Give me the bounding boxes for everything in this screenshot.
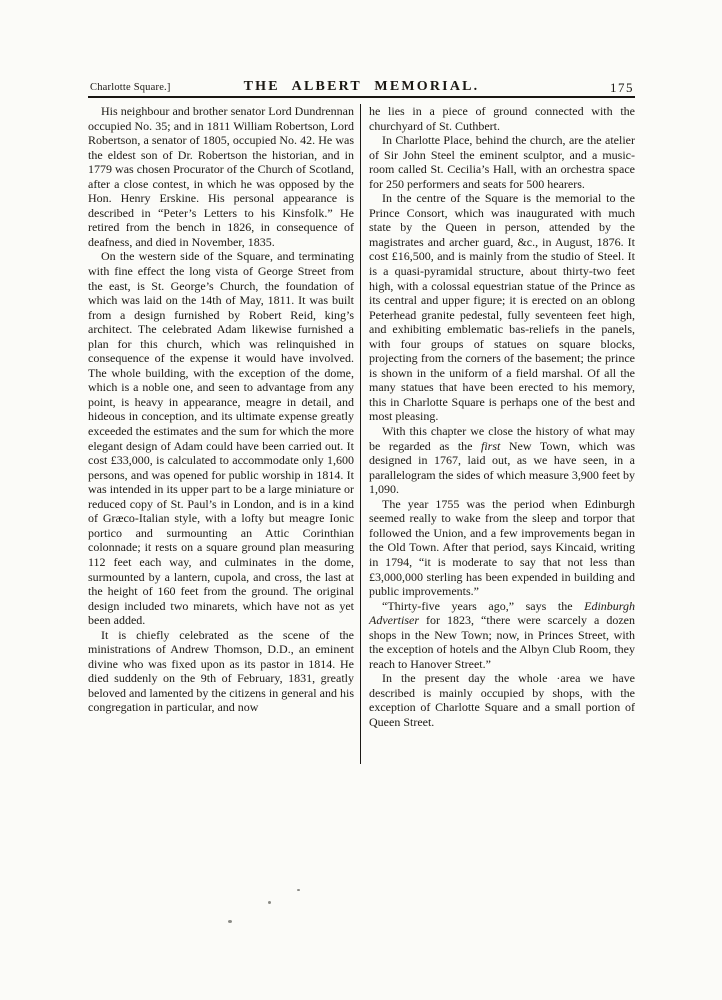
paragraph: With this chapter we close the history o… bbox=[369, 424, 635, 497]
left-column: His neighbour and brother senator Lord D… bbox=[88, 104, 360, 764]
scan-speck bbox=[268, 901, 271, 904]
paragraph: In the centre of the Square is the memor… bbox=[369, 191, 635, 424]
page-header: Charlotte Square.] THE ALBERT MEMORIAL. … bbox=[88, 79, 635, 95]
running-head-title: THE ALBERT MEMORIAL. bbox=[88, 79, 635, 95]
paragraph: In the present day the whole ·area we ha… bbox=[369, 671, 635, 729]
paragraph: In Charlotte Place, behind the church, a… bbox=[369, 133, 635, 191]
paragraph: “Thirty-five years ago,” says the Edinbu… bbox=[369, 599, 635, 672]
page-number: 175 bbox=[610, 80, 634, 96]
scan-speck bbox=[228, 920, 232, 923]
paragraph-continuation: he lies in a piece of ground connected w… bbox=[369, 104, 635, 133]
book-page: Charlotte Square.] THE ALBERT MEMORIAL. … bbox=[0, 0, 722, 1000]
scan-speck bbox=[297, 889, 300, 891]
paragraph: His neighbour and brother senator Lord D… bbox=[88, 104, 354, 249]
paragraph: On the western side of the Square, and t… bbox=[88, 249, 354, 627]
paragraph: It is chiefly celebrated as the scene of… bbox=[88, 628, 354, 715]
paragraph: The year 1755 was the period when Edinbu… bbox=[369, 497, 635, 599]
text-columns: His neighbour and brother senator Lord D… bbox=[88, 104, 635, 764]
header-rule bbox=[88, 96, 635, 98]
right-column: he lies in a piece of ground connected w… bbox=[361, 104, 635, 764]
